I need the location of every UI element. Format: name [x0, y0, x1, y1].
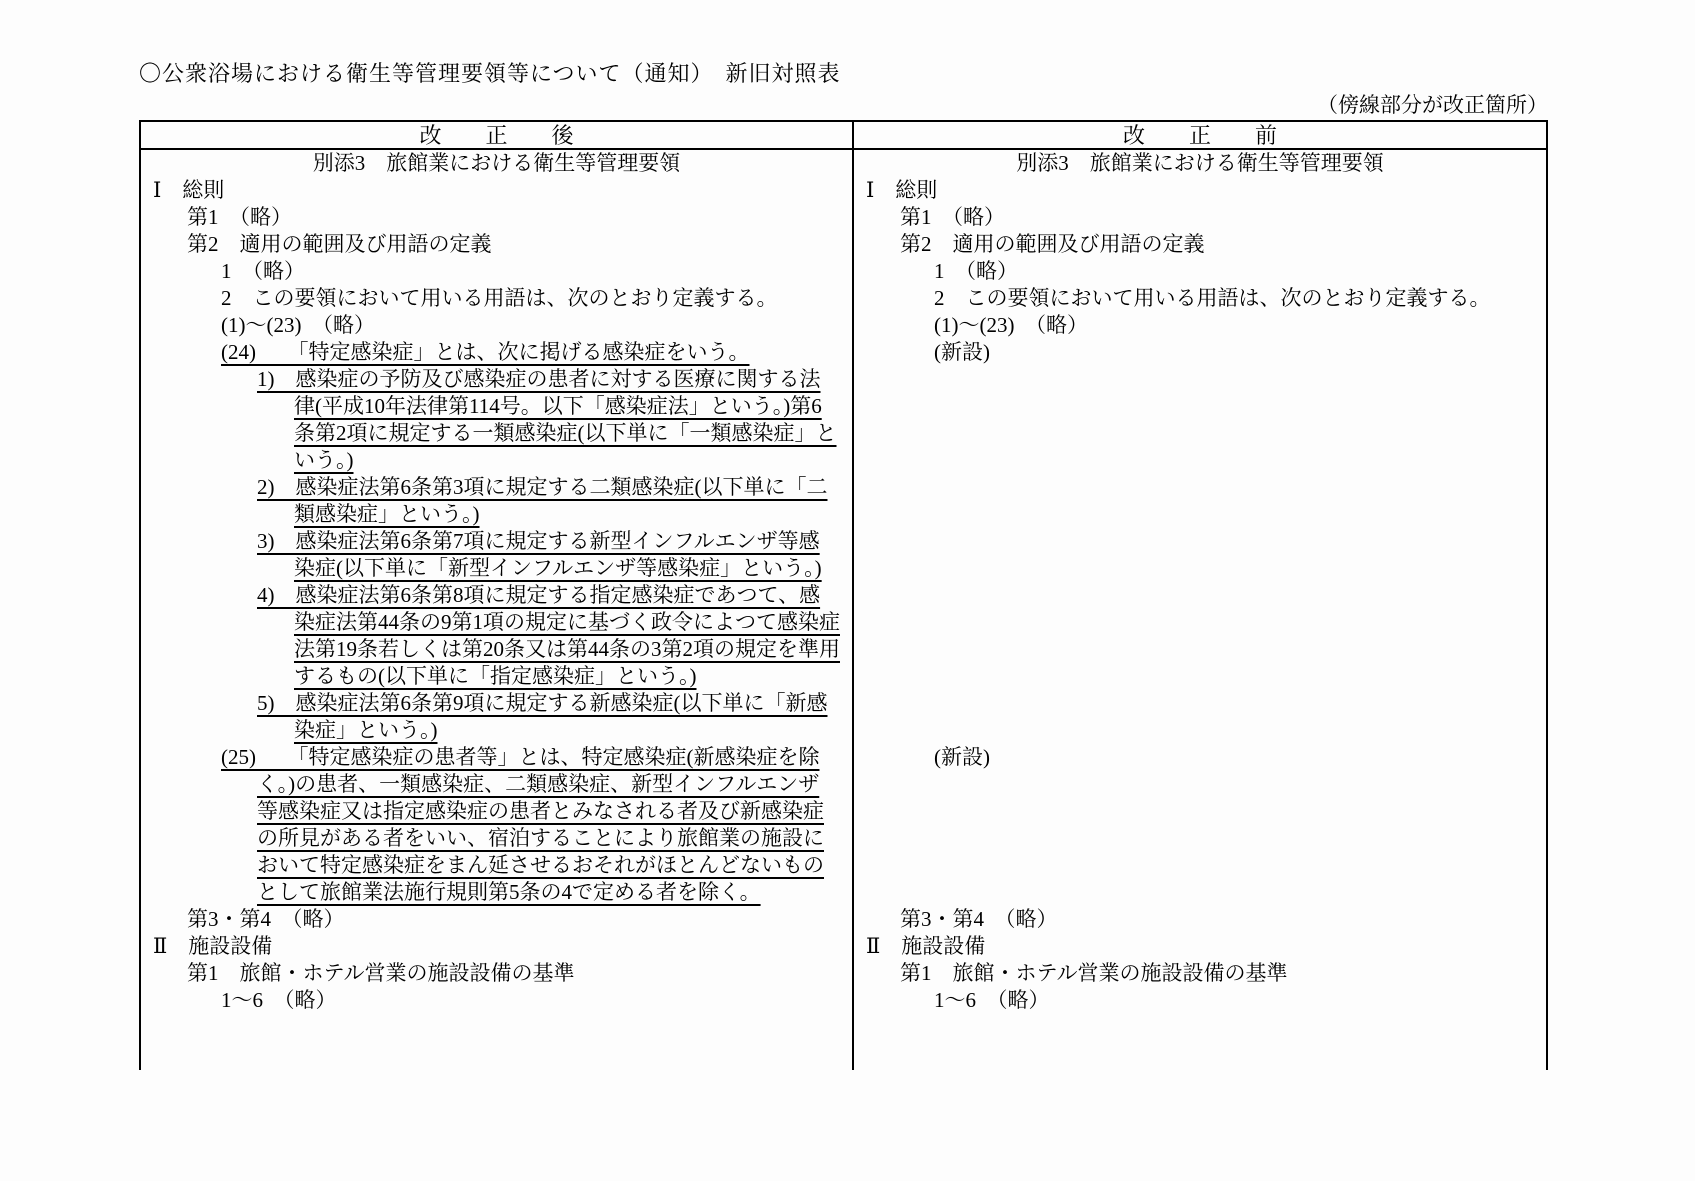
revised-underlined-text: 等感染症又は指定感染症の患者とみなされる者及び新感染症	[257, 799, 824, 823]
revised-underlined-text: く。)の患者、一類感染症、二類感染症、新型インフルエンザ	[257, 772, 819, 796]
text-line: (新設)	[854, 339, 1546, 366]
text-line: 1～6 （略）	[141, 987, 852, 1014]
text-line: 律(平成10年法律第114号。以下「感染症法」という。)第6	[141, 393, 852, 420]
header-before-revision: 改 正 前	[854, 122, 1546, 148]
text: Ⅱ 施設設備	[866, 934, 985, 958]
text-line: (24) 「特定感染症」とは、次に掲げる感染症をいう。	[141, 339, 852, 366]
text: 1 （略）	[934, 259, 1018, 283]
blank-line	[854, 663, 1546, 690]
text-line: 第2 適用の範囲及び用語の定義	[141, 231, 852, 258]
text: 第3・第4 （略）	[187, 907, 345, 931]
text-line: (25) 「特定感染症の患者等」とは、特定感染症(新感染症を除	[141, 744, 852, 771]
text: 2 この要領において用いる用語は、次のとおり定義する。	[934, 286, 1491, 310]
text-line: 1 （略）	[854, 258, 1546, 285]
text: 別添3 旅館業における衛生等管理要領	[1016, 151, 1384, 175]
text-line: 別添3 旅館業における衛生等管理要領	[141, 150, 852, 177]
text: 第1 （略）	[900, 205, 1005, 229]
text-line: の所見がある者をいい、宿泊することにより旅館業の施設に	[141, 825, 852, 852]
text-line: 第1 旅館・ホテル営業の施設設備の基準	[854, 960, 1546, 987]
text-line: 4) 感染症法第6条第8項に規定する指定感染症であつて、感	[141, 582, 852, 609]
blank-line	[854, 582, 1546, 609]
text-line: として旅館業法施行規則第5条の4で定める者を除く。	[141, 879, 852, 906]
text-line: Ⅱ 施設設備	[854, 933, 1546, 960]
blank-line	[854, 528, 1546, 555]
text-line: いう。)	[141, 447, 852, 474]
blank-line	[854, 636, 1546, 663]
revised-underlined-text: するもの(以下単に「指定感染症」という。)	[294, 664, 697, 688]
blank-line	[854, 555, 1546, 582]
text-line: 2) 感染症法第6条第3項に規定する二類感染症(以下単に「二	[141, 474, 852, 501]
text: Ⅰ 総則	[866, 178, 937, 202]
revised-underlined-text: 条第2項に規定する一類感染症(以下単に「一類感染症」と	[294, 421, 837, 445]
blank-line	[854, 852, 1546, 879]
text-line: 染症(以下単に「新型インフルエンザ等感染症」という。)	[141, 555, 852, 582]
text: 第1 旅館・ホテル営業の施設設備の基準	[900, 961, 1287, 985]
blank-line	[854, 420, 1546, 447]
text-line: (1)～(23) （略）	[141, 312, 852, 339]
blank-line	[854, 393, 1546, 420]
revised-underlined-text: いう。)	[294, 448, 354, 472]
text: 第2 適用の範囲及び用語の定義	[187, 232, 492, 256]
text-line: 3) 感染症法第6条第7項に規定する新型インフルエンザ等感	[141, 528, 852, 555]
text-line: 別添3 旅館業における衛生等管理要領	[854, 150, 1546, 177]
text: 第1 旅館・ホテル営業の施設設備の基準	[187, 961, 574, 985]
blank-line	[854, 474, 1546, 501]
text-line: 第1 旅館・ホテル営業の施設設備の基準	[141, 960, 852, 987]
text: (新設)	[934, 745, 990, 769]
text-line: 2 この要領において用いる用語は、次のとおり定義する。	[141, 285, 852, 312]
text-line: く。)の患者、一類感染症、二類感染症、新型インフルエンザ	[141, 771, 852, 798]
revised-underlined-text: 染症法第44条の9第1項の規定に基づく政令によつて感染症	[294, 610, 840, 634]
blank-line	[854, 717, 1546, 744]
revised-underlined-text: 3) 感染症法第6条第7項に規定する新型インフルエンザ等感	[257, 529, 820, 553]
blank-line	[854, 825, 1546, 852]
revised-underlined-text: 5) 感染症法第6条第9項に規定する新感染症(以下単に「新感	[257, 691, 827, 715]
document-page: 〇公衆浴場における衛生等管理要領等について（通知） 新旧対照表 （傍線部分が改正…	[0, 0, 1695, 1181]
text: 2 この要領において用いる用語は、次のとおり定義する。	[221, 286, 778, 310]
text-line: 5) 感染症法第6条第9項に規定する新感染症(以下単に「新感	[141, 690, 852, 717]
text: 1～6 （略）	[221, 988, 337, 1012]
blank-line	[854, 690, 1546, 717]
text-line: Ⅰ 総則	[141, 177, 852, 204]
text-line: 染症」という。)	[141, 717, 852, 744]
text-line: (1)～(23) （略）	[854, 312, 1546, 339]
header-after-revision: 改 正 後	[141, 122, 854, 148]
text-line: 類感染症」という。)	[141, 501, 852, 528]
text: 第1 （略）	[187, 205, 292, 229]
text-line: 法第19条若しくは第20条又は第44条の3第2項の規定を準用	[141, 636, 852, 663]
text: (新設)	[934, 340, 990, 364]
revised-underlined-text: 法第19条若しくは第20条又は第44条の3第2項の規定を準用	[294, 637, 840, 661]
text-line: おいて特定感染症をまん延させるおそれがほとんどないもの	[141, 852, 852, 879]
text-line: するもの(以下単に「指定感染症」という。)	[141, 663, 852, 690]
text-line: 2 この要領において用いる用語は、次のとおり定義する。	[854, 285, 1546, 312]
text: (1)～(23) （略）	[934, 313, 1088, 337]
comparison-table: 改 正 後 改 正 前 別添3 旅館業における衛生等管理要領Ⅰ 総則第1 （略）…	[139, 120, 1548, 1070]
revised-underlined-text: の所見がある者をいい、宿泊することにより旅館業の施設に	[257, 826, 824, 850]
blank-line	[854, 366, 1546, 393]
revised-underlined-text: (25) 「特定感染症の患者等」とは、特定感染症(新感染症を除	[221, 745, 819, 769]
document-title: 〇公衆浴場における衛生等管理要領等について（通知） 新旧対照表	[139, 57, 841, 88]
text: Ⅰ 総則	[153, 178, 224, 202]
table-header-row: 改 正 後 改 正 前	[141, 122, 1546, 150]
text-line: 条第2項に規定する一類感染症(以下単に「一類感染症」と	[141, 420, 852, 447]
text-line: 等感染症又は指定感染症の患者とみなされる者及び新感染症	[141, 798, 852, 825]
text-line: 染症法第44条の9第1項の規定に基づく政令によつて感染症	[141, 609, 852, 636]
column-after-revision: 別添3 旅館業における衛生等管理要領Ⅰ 総則第1 （略）第2 適用の範囲及び用語…	[141, 150, 854, 1070]
text-line: 第3・第4 （略）	[141, 906, 852, 933]
text: 第3・第4 （略）	[900, 907, 1058, 931]
revised-underlined-text: (24) 「特定感染症」とは、次に掲げる感染症をいう。	[221, 340, 749, 364]
text-line: 1～6 （略）	[854, 987, 1546, 1014]
blank-line	[854, 771, 1546, 798]
revised-underlined-text: として旅館業法施行規則第5条の4で定める者を除く。	[257, 880, 761, 904]
text-line: Ⅱ 施設設備	[141, 933, 852, 960]
revised-underlined-text: 1) 感染症の予防及び感染症の患者に対する医療に関する法	[257, 367, 821, 391]
revised-underlined-text: 2) 感染症法第6条第3項に規定する二類感染症(以下単に「二	[257, 475, 827, 499]
text-line: Ⅰ 総則	[854, 177, 1546, 204]
revised-underlined-text: 律(平成10年法律第114号。以下「感染症法」という。)第6	[294, 394, 822, 418]
blank-line	[854, 879, 1546, 906]
text: 1～6 （略）	[934, 988, 1050, 1012]
text-line: 1 （略）	[141, 258, 852, 285]
blank-line	[854, 609, 1546, 636]
blank-line	[854, 501, 1546, 528]
text: Ⅱ 施設設備	[153, 934, 272, 958]
revised-underlined-text: 類感染症」という。)	[294, 502, 480, 526]
revised-underlined-text: おいて特定感染症をまん延させるおそれがほとんどないもの	[257, 853, 824, 877]
revised-underlined-text: 染症(以下単に「新型インフルエンザ等感染症」という。)	[294, 556, 822, 580]
text: 別添3 旅館業における衛生等管理要領	[313, 151, 681, 175]
blank-line	[854, 447, 1546, 474]
text-line: 1) 感染症の予防及び感染症の患者に対する医療に関する法	[141, 366, 852, 393]
text-line: (新設)	[854, 744, 1546, 771]
text-line: 第1 （略）	[141, 204, 852, 231]
text-line: 第3・第4 （略）	[854, 906, 1546, 933]
revised-underlined-text: 染症」という。)	[294, 718, 438, 742]
revision-note: （傍線部分が改正箇所）	[1317, 89, 1548, 119]
text-line: 第2 適用の範囲及び用語の定義	[854, 231, 1546, 258]
revised-underlined-text: 4) 感染症法第6条第8項に規定する指定感染症であつて、感	[257, 583, 820, 607]
text: (1)～(23) （略）	[221, 313, 375, 337]
text: 第2 適用の範囲及び用語の定義	[900, 232, 1205, 256]
text: 1 （略）	[221, 259, 305, 283]
table-body: 別添3 旅館業における衛生等管理要領Ⅰ 総則第1 （略）第2 適用の範囲及び用語…	[141, 150, 1546, 1070]
column-before-revision: 別添3 旅館業における衛生等管理要領Ⅰ 総則第1 （略）第2 適用の範囲及び用語…	[854, 150, 1546, 1070]
text-line: 第1 （略）	[854, 204, 1546, 231]
blank-line	[854, 798, 1546, 825]
